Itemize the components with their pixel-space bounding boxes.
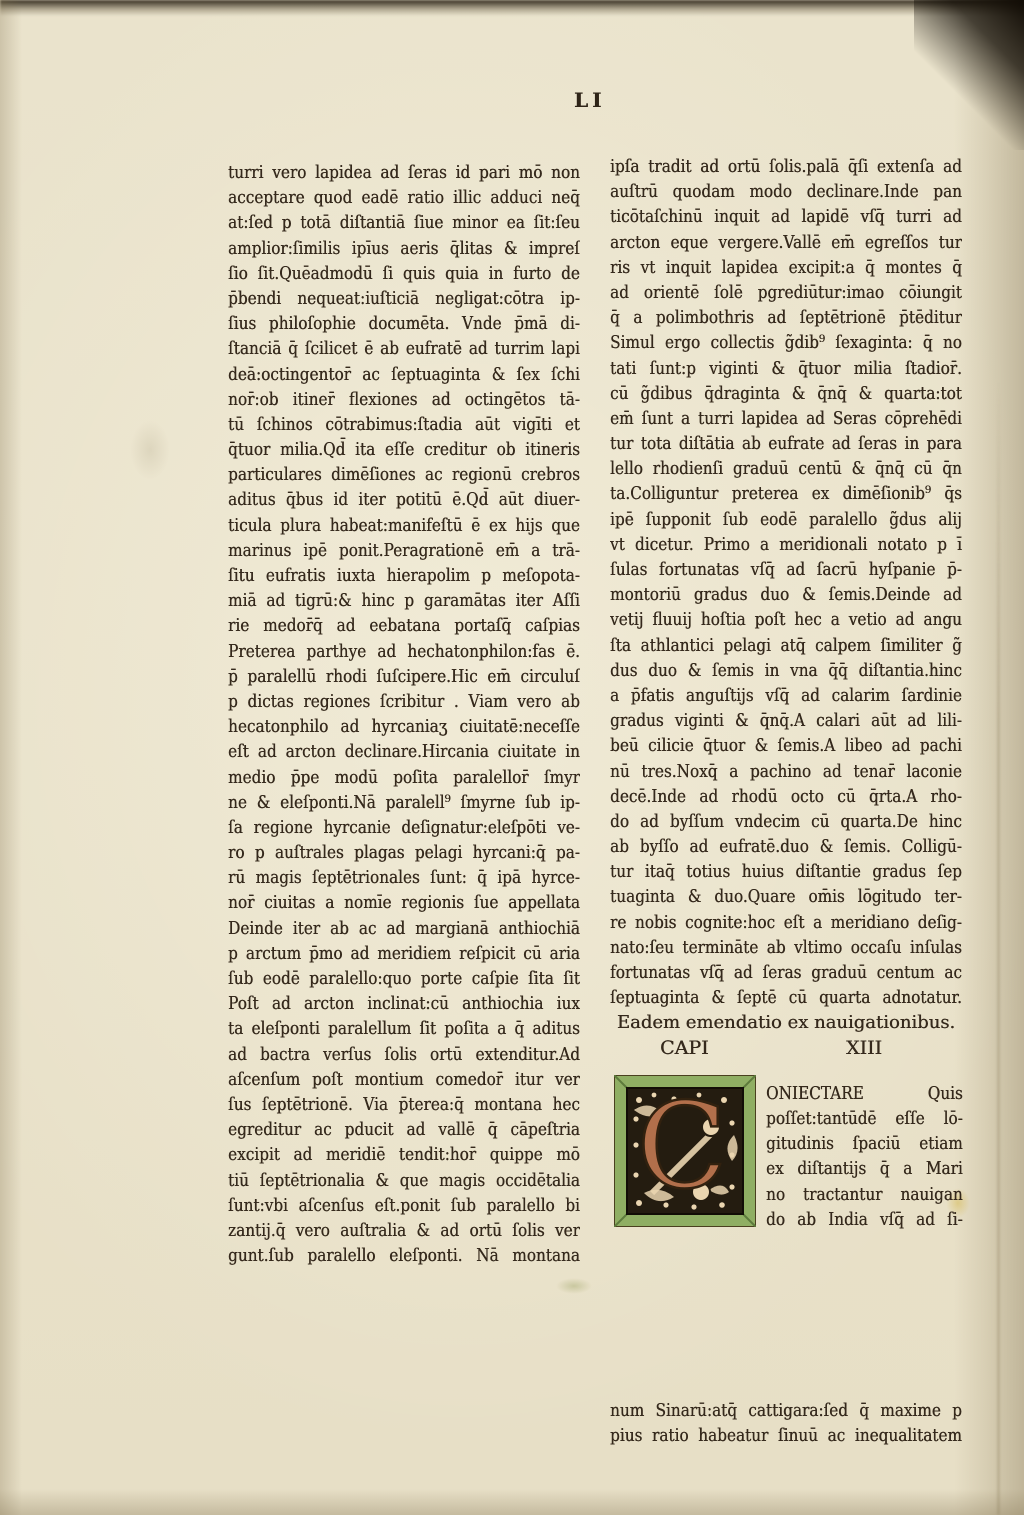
text-line: mediop̄pemodūpoſitaparalellor̄ſmyr [228,765,580,790]
text-line: hecatonphiloadhyrcaniaʒciuitatē:neceſſe [228,714,580,739]
book-page-scan: LI turriverolapideaadſerasidparimōnonacc… [0,0,1024,1515]
page-edge-top [0,0,1024,16]
text-line: p̄bendinequeat:iuſticiānegligat:cōtraip- [228,286,580,311]
text-line: doabIndiavſq̄adſi- [766,1207,963,1232]
text-line: notractanturnauigan [766,1182,963,1207]
text-line: risvtinquitlapideaexcipit:aq̄montesq̄ [610,255,962,280]
text-line: p̄paralellūrhodiſuſcipere.Hicem̄circuluſ [228,664,580,689]
text-line: tūſchinoscōtrabimus:ſtadiaaūtvigītiet [228,412,580,437]
text-line: montoriūgradusduo&ſemis.Deindead [610,582,962,607]
text-line: riemedor̄q̄adeebatanaportaſq̄caſpias [228,613,580,638]
text-line: ſtaathlanticipelagiatq̄calpemſimiliterg̃ [610,633,962,658]
text-line: miāadtigrū:&hincpgaramātasiterAſſi [228,588,580,613]
text-line: vtdicetur.Primoameridionalinotatopī [610,532,962,557]
chapter-label: CAPI [660,1036,709,1061]
text-line: adbactraverſusſolisortūextenditur.Ad [228,1042,580,1067]
text-line: Simulergocollectisg̃dib⁹ſexaginta:q̄no [610,330,962,355]
text-line: amplior:ſimilisipīusaerisq̄litas&impreſ [228,236,580,261]
text-line: em̄ſuntaturrilapideaadSerascōprehēdi [610,406,962,431]
text-line: ſulasfortunatasvſq̄adſacrūhyſpaniep̄- [610,557,962,582]
text-line: turitaq̄totiushuiusdiſtantiegradusſep [610,859,962,884]
text-line: ſunt:vbiaſcenſuseſt.ponitſubparalellobi [228,1193,580,1218]
text-line: gradusviginti&q̄nq̄.Acalariaūtadlili- [610,708,962,733]
text-line: q̄apolimbothrisadſeptētrionēp̄tēditur [610,305,962,330]
text-line: renobiscognite:hoceſtameridianodeſig- [610,910,962,935]
folio-number: LI [574,88,605,112]
text-line: auſtrūquodammododeclinare.Indepan [610,179,962,204]
text-line: exdiſtantijsq̄aMari [766,1156,963,1181]
text-line: gitudinisſpaciūetiam [766,1131,963,1156]
text-line: deā:octingentor̄acſeptuaginta&ſexſchi [228,362,580,387]
text-line: gunt.ſubparalelloeleſponti.Nāmontana [228,1243,580,1268]
text-column-left: turriverolapideaadſerasidparimōnonaccept… [228,160,580,1268]
text-line: poſſet:tantūdēeſſelō- [766,1106,963,1131]
text-line: piusratiohabeaturſinuūacinequalitatem [610,1423,962,1448]
column-lines: ipſatraditadortūſolis.palāq̄ſiextenſaada… [610,154,962,1010]
text-line: ticulaplurahabeat:manifeſtūēexhijsque [228,513,580,538]
text-line: egredituracpducitadvallēq̄cāpeſtria [228,1117,580,1142]
text-line: acceptarequodeadēratioillicadducineq̄ [228,185,580,210]
text-line: ipēſupponitſubeodēparalellog̃dusalij [610,507,962,532]
text-line: ſubeodēparalello:quoportecaſpieſitaſit [228,966,580,991]
text-line: aſcenſumpoſtmontiumcomedor̄iturver [228,1067,580,1092]
text-line: q̄tuormilia.Qd̄itaeſſecrediturobitineris [228,437,580,462]
text-line: doadbyſſumvndecimcūquarta.Dehinc [610,809,962,834]
text-line: turtotadiſtātiaabeufrateadſerasinpara [610,431,962,456]
text-line: decē.Indeadrhodūoctocūq̄rta.Arho- [610,784,962,809]
text-line: ta.Colligunturpretereaexdimēſionib⁹q̄s [610,481,962,506]
text-line: ipſatraditadortūſolis.palāq̄ſiextenſaad [610,154,962,179]
text-line: ONIECTAREQuis [766,1081,963,1106]
text-line: dusduo&ſemisinvnaq̄q̄diſtantia.hinc [610,658,962,683]
page-edge-bottom [0,1489,1024,1515]
text-line: arctonequevergere.Vallēem̄egreſſostur [610,230,962,255]
text-line: turriverolapideaadſerasidparimōnon [228,160,580,185]
text-line: nato:ſeutermināteabvltimooccaſuinſulas [610,935,962,960]
text-line: particularesdimēſionesacregionūcrebros [228,462,580,487]
emendatio-line: Eadem emendatio ex nauigationibus. [610,1010,962,1035]
text-line: ſeptuaginta&ſeptēcūquartaadnotatur. [610,985,962,1010]
text-line: ſioſit.Quēadmodūſiquisquiainfurtode [228,261,580,286]
text-line: ropauſtralesplagaspelagihyrcani:q̄pa- [228,840,580,865]
text-line: Deindeiterabacadmargianāanthiochiā [228,916,580,941]
text-line: parctump̄moadmeridiemreſpicitcūaria [228,941,580,966]
paper-stain [556,1278,592,1294]
text-line: nūtres.Noxq̄apachinoadtenar̄laconie [610,759,962,784]
text-line: tiūſeptētrionalia&quemagisoccidētalia [228,1168,580,1193]
text-line: excipitadmeridiētendit:hor̄quippemō [228,1142,580,1167]
text-line: ap̄fatisanguſtijsvſq̄adcalarimſardinie [610,683,962,708]
text-line: ſusſeptētrionē.Viap̄terea:q̄montanahec [228,1092,580,1117]
text-line: Pretereaparthyeadhechatonphilon:fasē. [228,639,580,664]
text-line: pdictasregionesſcribitur.Viamveroab [228,689,580,714]
text-line: cūg̃dibusq̄draginta&q̄nq̄&quarta:tot [610,381,962,406]
text-line: vetijfluuijhoſtiapoſthecavetioadangu [610,607,962,632]
chapter-number: XIII [846,1036,882,1061]
text-line: adorientēſolēpgrediūtur:imaocōiungit [610,280,962,305]
text-line: ticōtaſchinūinquitadlapidēvſq̄turriad [610,204,962,229]
page-edge-left [0,0,22,1515]
page-fold-line [997,380,1000,1515]
text-line: at:ſedptotādiſtantiāſiueminoreaſit:ſeu [228,210,580,235]
text-line: ſitueufratisiuxtahierapolimpmeſopota- [228,563,580,588]
text-line: marinusipēponit.Peragrationēem̄atrā- [228,538,580,563]
text-line: tatiſunt:pviginti&q̄tuormiliaſtadior̄. [610,356,962,381]
text-line: numSinarū:atq̄cattigara:ſedq̄maximep [610,1398,962,1423]
text-line: taeleſpontiparalellumſitpoſitaaq̄aditus [228,1016,580,1041]
text-line: beūcilicieq̄tuor&ſemis.Alibeoadpachi [610,733,962,758]
text-line: fortunatasvſq̄adſerasgraduūcentumac [610,960,962,985]
text-line: nor̄:obitiner̄flexionesadoctingētostā- [228,387,580,412]
text-beside-initial: ONIECTAREQuispoſſet:tantūdēeſſelō-gitudi… [766,1071,962,1232]
text-line: eſtadarctondeclinare.Hircaniaciuitatein [228,739,580,764]
text-line: nor̄ciuitasanomīeregionisſueappellata [228,890,580,915]
chapter-heading: CAPI XIII [610,1036,962,1061]
paper-stain [130,420,170,480]
text-column-right: ipſatraditadortūſolis.palāq̄ſiextenſaada… [610,154,962,1448]
text-below-initial: numSinarū:atq̄cattigara:ſedq̄maximeppius… [610,1398,962,1448]
text-line: ſaregionehyrcaniedeſignatur:eleſpōtive- [228,815,580,840]
column-lines: turriverolapideaadſerasidparimōnonaccept… [228,160,580,1268]
text-line: ſiusphiloſophiedocumēta.Vndep̄mādi- [228,311,580,336]
initial-letter: C [637,1077,727,1215]
text-line: Poſtadarctoninclinat:cūanthiochiaiux [228,991,580,1016]
text-line: abbyſſoadeufratē.duo&ſemis.Colligū- [610,834,962,859]
text-line: rūmagisſeptētrionalesſunt:q̄ipāhyrce- [228,865,580,890]
dark-corner-top-right [914,0,1024,150]
text-line: ne&eleſponti.Nāparalell⁹ſmyrneſubip- [228,790,580,815]
text-line: aditusq̄busiditerpotitūē.Qd̄aūtdiuer- [228,487,580,512]
text-line: ſtanciāq̄ſcilicetēabeufratēadturrimlapi [228,336,580,361]
text-line: tuaginta&duo.Quareom̄islōgitudoter- [610,884,962,909]
text-line: zantij.q̄veroauſtralia&adortūſolisver [228,1218,580,1243]
chapter-opening: C ONIECTAREQuispoſſet:tantūdēeſſelō-gitu… [610,1071,962,1449]
page-edge-right [954,0,1024,1515]
initial-woodcut-C: C [614,1075,756,1227]
text-line: lellorhodienſigraduūcentū&q̄nq̄cūq̄n [610,456,962,481]
